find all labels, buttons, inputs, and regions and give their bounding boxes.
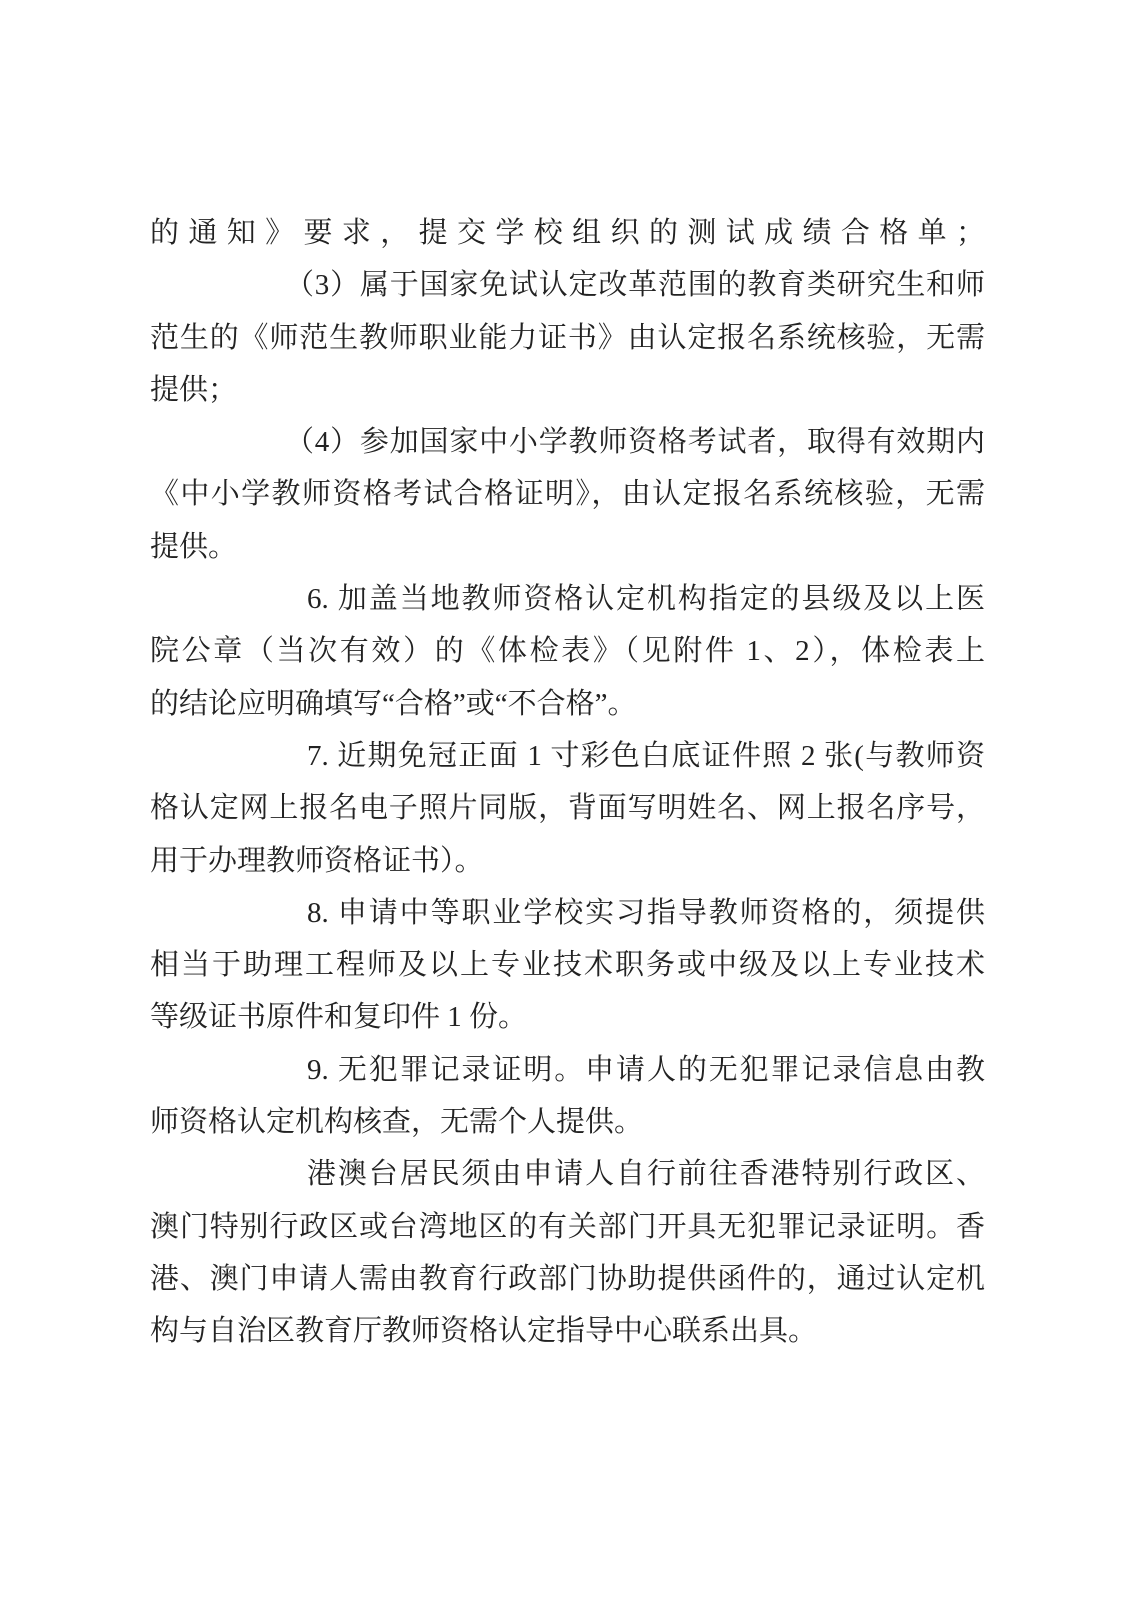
text-line-13: 用于办理教师资格证书）。: [150, 835, 985, 887]
text-line-22: 构与自治区教育厅教师资格认定指导中心联系出具。: [150, 1305, 985, 1357]
text-line-17: 9. 无犯罪记录证明。申请人的无犯罪记录信息由教: [150, 1044, 985, 1096]
text-line-10: 的结论应明确填写“合格”或“不合格”。: [150, 678, 985, 730]
text-line-7: 提供。: [150, 521, 985, 573]
text-line-16: 等级证书原件和复印件 1 份。: [150, 991, 985, 1043]
text-line-21: 港、澳门申请人需由教育行政部门协助提供函件的，通过认定机: [150, 1253, 985, 1305]
text-line-12: 格认定网上报名电子照片同版，背面写明姓名、网上报名序号，: [150, 782, 985, 834]
text-line-1: 的通知》要求，提交学校组织的测试成绩合格单；: [150, 207, 985, 259]
text-line-18: 师资格认定机构核查，无需个人提供。: [150, 1096, 985, 1148]
text-line-9: 院公章（当次有效）的《体检表》（见附件 1、2），体检表上: [150, 625, 985, 677]
text-line-8: 6. 加盖当地教师资格认定机构指定的县级及以上医: [150, 573, 985, 625]
text-line-20: 澳门特别行政区或台湾地区的有关部门开具无犯罪记录证明。香: [150, 1201, 985, 1253]
text-line-19: 港澳台居民须由申请人自行前往香港特别行政区、: [150, 1148, 985, 1200]
text-line-3: 范生的《师范生教师职业能力证书》由认定报名系统核验，无需: [150, 312, 985, 364]
document-page: 的通知》要求，提交学校组织的测试成绩合格单； （3）属于国家免试认定改革范围的教…: [0, 0, 1131, 1600]
text-line-4: 提供；: [150, 364, 985, 416]
text-line-6: 《中小学教师资格考试合格证明》，由认定报名系统核验，无需: [150, 468, 985, 520]
text-line-2: （3）属于国家免试认定改革范围的教育类研究生和师: [150, 259, 985, 311]
text-line-14: 8. 申请中等职业学校实习指导教师资格的，须提供: [150, 887, 985, 939]
text-line-5: （4）参加国家中小学教师资格考试者，取得有效期内: [150, 416, 985, 468]
text-line-15: 相当于助理工程师及以上专业技术职务或中级及以上专业技术: [150, 939, 985, 991]
text-line-11: 7. 近期免冠正面 1 寸彩色白底证件照 2 张(与教师资: [150, 730, 985, 782]
